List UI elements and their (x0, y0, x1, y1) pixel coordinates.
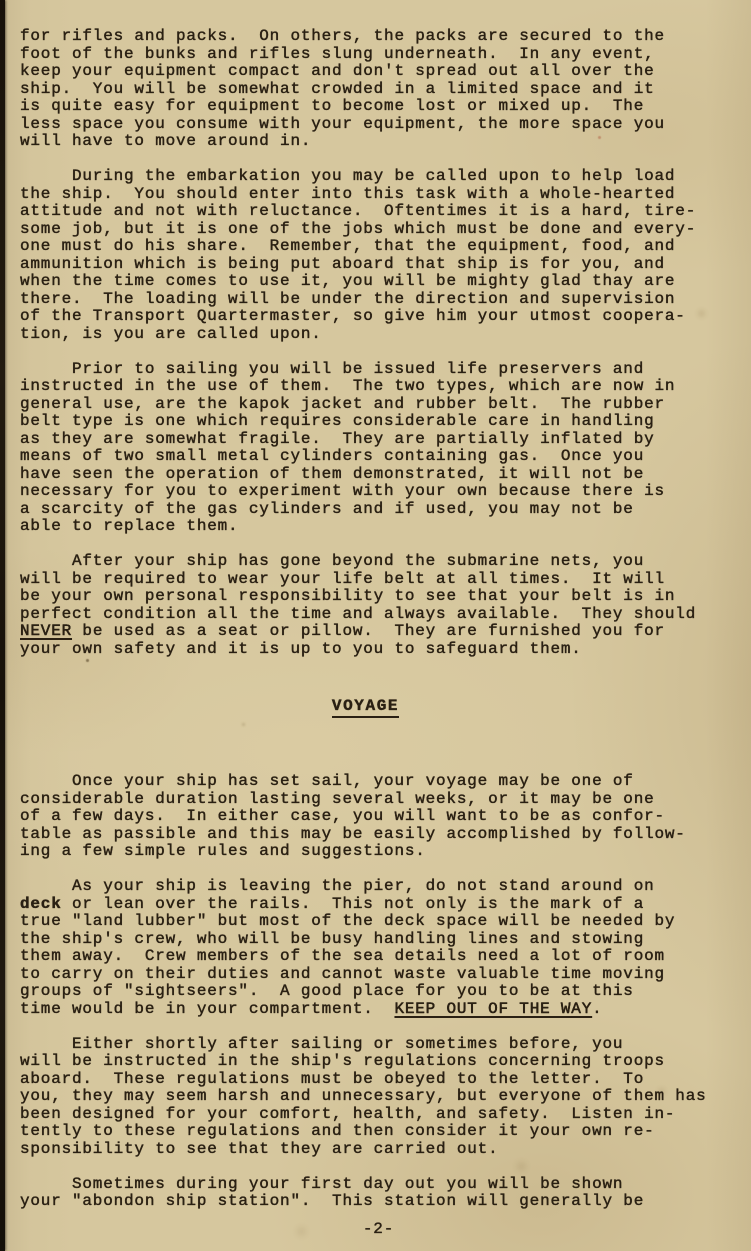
body-text: of the Transport Quartermaster, so give … (20, 307, 686, 325)
body-text: Sometimes during your first day out you … (20, 1175, 623, 1193)
paragraph: Either shortly after sailing or sometime… (20, 1036, 737, 1159)
body-text: attitude and not with reluctance. Oftent… (20, 202, 696, 220)
paragraph: As your ship is leaving the pier, do not… (20, 878, 737, 1018)
page-number: -2- (363, 1220, 394, 1238)
underlined-phrase: NEVER (20, 622, 72, 640)
body-text: groups of "sightseers". A good place for… (20, 982, 634, 1000)
body-text: is quite easy for equipment to become lo… (20, 97, 644, 115)
body-text: your "abondon ship station". This statio… (20, 1192, 644, 1210)
body-text: sponsibility to see that they are carrie… (20, 1140, 498, 1158)
body-text: your own safety and it is up to you to s… (20, 640, 582, 658)
body-text: there. The loading will be under the dir… (20, 290, 675, 308)
body-text: keep your equipment compact and don't sp… (20, 62, 655, 80)
body-text: of a few days. In either case, you will … (20, 807, 665, 825)
body-text: instructed in the use of them. The two t… (20, 377, 675, 395)
paragraph: Sometimes during your first day out you … (20, 1176, 737, 1211)
section-embarkation-text: for rifles and packs. On others, the pac… (20, 28, 737, 658)
body-text: As your ship is leaving the pier, do not… (20, 877, 655, 895)
body-text: After your ship has gone beyond the subm… (20, 552, 644, 570)
body-text: will be instructed in the ship's regulat… (20, 1052, 665, 1070)
body-text: ship. You will be somewhat crowded in a … (20, 80, 655, 98)
body-text: the ship. You should enter into this tas… (20, 185, 675, 203)
paragraph: After your ship has gone beyond the subm… (20, 553, 737, 658)
body-text: have seen the operation of them demonstr… (20, 465, 644, 483)
body-text: Prior to sailing you will be issued life… (20, 360, 644, 378)
overstruck-word: deck (20, 895, 62, 913)
paragraph: for rifles and packs. On others, the pac… (20, 28, 737, 151)
body-text: will be required to wear your life belt … (20, 570, 665, 588)
body-text: belt type is one which requires consider… (20, 412, 655, 430)
body-text: as they are somewhat fragile. They are p… (20, 430, 655, 448)
section-voyage-text: Once your ship has set sail, your voyage… (20, 773, 737, 1211)
body-text: for rifles and packs. On others, the pac… (20, 27, 665, 45)
body-text: you, they may seem harsh and unnecessary… (20, 1087, 707, 1105)
body-text: Once your ship has set sail, your voyage… (20, 772, 634, 790)
body-text: aboard. These regulations must be obeyed… (20, 1070, 644, 1088)
paragraph: Prior to sailing you will be issued life… (20, 361, 737, 536)
body-text: tently to these regulations and then con… (20, 1122, 655, 1140)
body-text: foot of the bunks and rifles slung under… (20, 45, 655, 63)
body-text: necessary for you to experiment with you… (20, 482, 665, 500)
body-text: tion, is you are called upon. (20, 325, 322, 343)
body-text: to carry on their duties and cannot wast… (20, 965, 665, 983)
body-text: ammunition which is being put aboard tha… (20, 255, 665, 273)
scanned-document-page: for rifles and packs. On others, the pac… (20, 28, 737, 1238)
body-text: able to replace them. (20, 517, 238, 535)
paragraph: Once your ship has set sail, your voyage… (20, 773, 737, 861)
paragraph: During the embarkation you may be called… (20, 168, 737, 343)
body-text: time would be in your compartment. (20, 1000, 394, 1018)
body-text: general use, are the kapok jacket and ru… (20, 395, 665, 413)
body-text: perfect condition all the time and alway… (20, 605, 696, 623)
body-text: a scarcity of the gas cylinders and if u… (20, 500, 634, 518)
page-footer: -2- (20, 1221, 737, 1239)
body-text: been designed for your comfort, health, … (20, 1105, 675, 1123)
body-text: when the time comes to use it, you will … (20, 272, 675, 290)
body-text: or lean over the rails. This not only is… (62, 895, 645, 913)
body-text: true "land lubber" but most of the deck … (20, 912, 675, 930)
scan-edge-shadow (0, 0, 5, 1251)
section-heading-text: VOYAGE (332, 697, 399, 718)
body-text: During the embarkation you may be called… (20, 167, 675, 185)
body-text: means of two small metal cylinders conta… (20, 447, 644, 465)
body-text: Either shortly after sailing or sometime… (20, 1035, 623, 1053)
body-text: be your own personal responsibility to s… (20, 587, 675, 605)
body-text: will have to move around in. (20, 132, 311, 150)
body-text: table as passible and this may be easily… (20, 825, 686, 843)
body-text: them away. Crew members of the sea detai… (20, 947, 665, 965)
body-text: be used as a seat or pillow. They are fu… (72, 622, 665, 640)
underlined-phrase: KEEP OUT OF THE WAY (394, 1000, 592, 1018)
body-text: ing a few simple rules and suggestions. (20, 842, 426, 860)
body-text: considerable duration lasting several we… (20, 790, 655, 808)
body-text: one must do his share. Remember, that th… (20, 237, 675, 255)
body-text: . (592, 1000, 602, 1018)
section-heading: VOYAGE (20, 697, 711, 718)
body-text: some job, but it is one of the jobs whic… (20, 220, 696, 238)
body-text: less space you consume with your equipme… (20, 115, 665, 133)
body-text: the ship's crew, who will be busy handli… (20, 930, 644, 948)
